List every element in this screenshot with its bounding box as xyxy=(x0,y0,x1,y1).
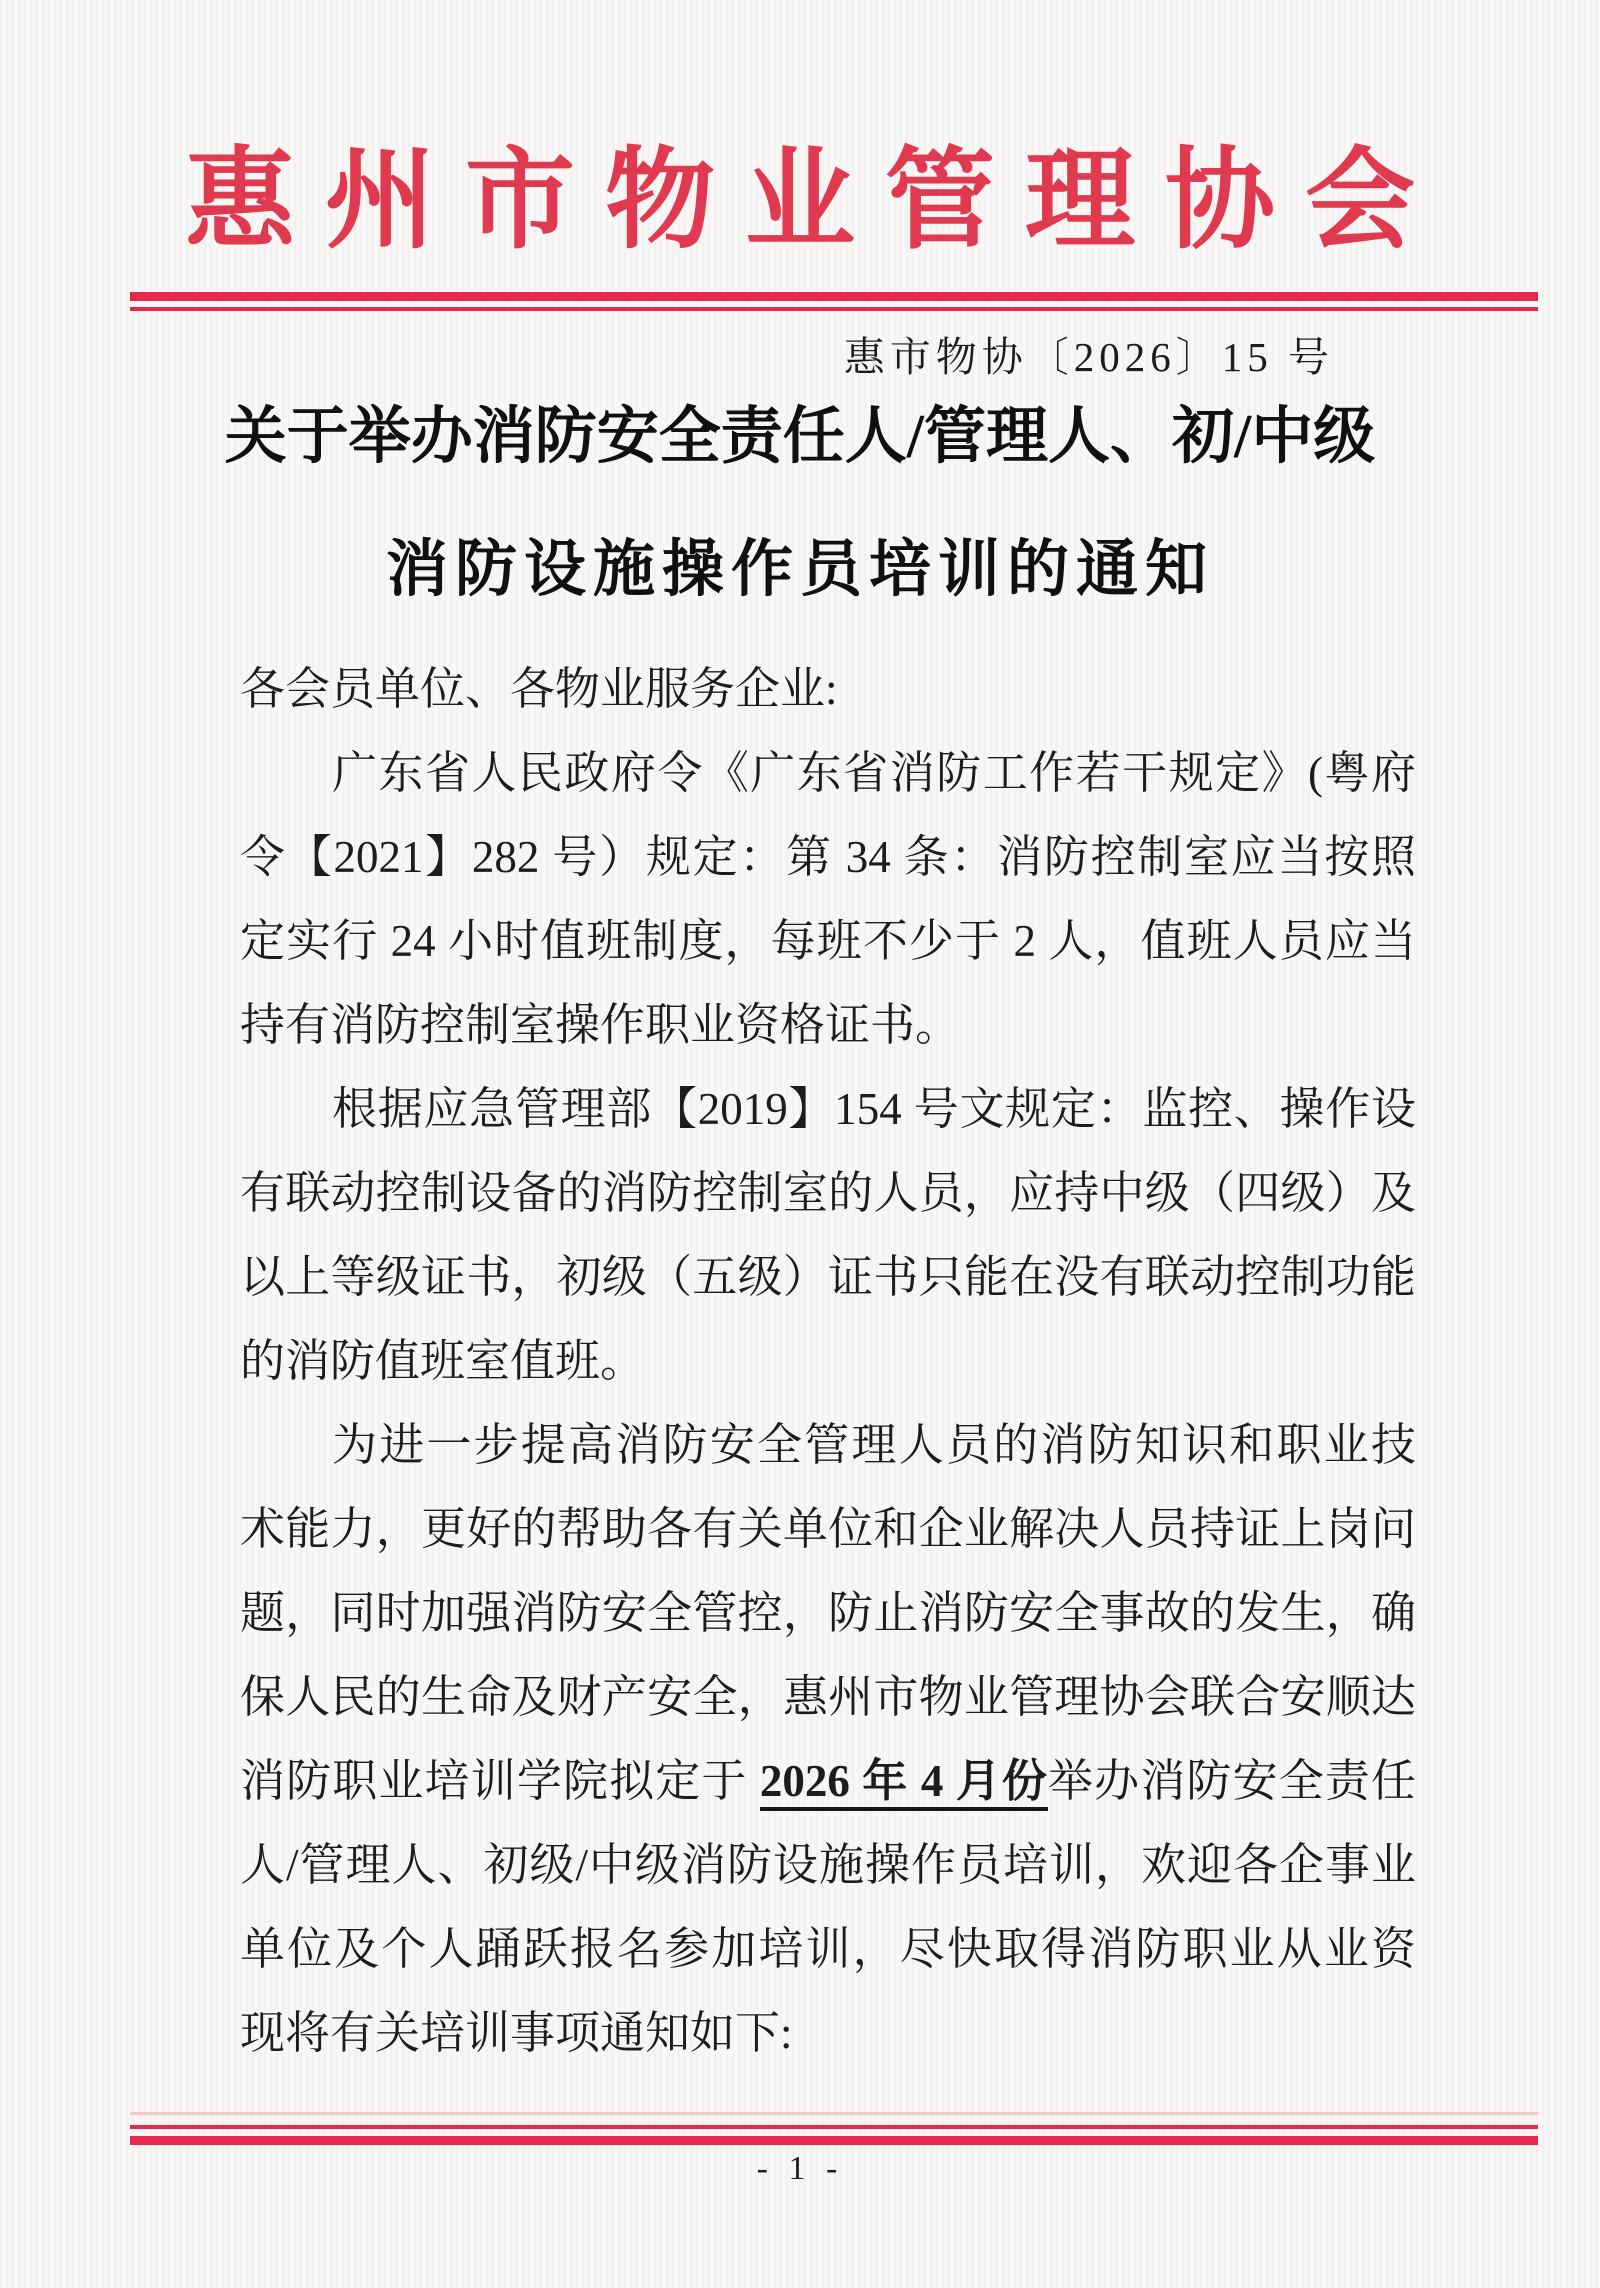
body-line: 广东省人民政府令《广东省消防工作若干规定》(粤府 xyxy=(240,731,1416,815)
body-text-segment: 以上等级证书，初级（五级）证书只能在没有联动控制功能 xyxy=(240,1252,1416,1302)
org-title: 惠州市物业管理协会 xyxy=(0,146,1600,256)
page-number: - 1 - xyxy=(0,2150,1600,2188)
body-line: 为进一步提高消防安全管理人员的消防知识和职业技 xyxy=(240,1403,1416,1487)
body-text-segment: 根据应急管理部【2019】154 号文规定：监控、操作设 xyxy=(332,1084,1416,1134)
doc-number: 惠市物协〔2026〕15 号 xyxy=(844,324,1334,383)
body-text-segment: 为进一步提高消防安全管理人员的消防知识和职业技 xyxy=(332,1420,1416,1470)
body-line: 根据应急管理部【2019】154 号文规定：监控、操作设 xyxy=(240,1067,1416,1151)
body-line: 人/管理人、初级/中级消防设施操作员培训，欢迎各企事业 xyxy=(240,1823,1416,1907)
body-line: 有联动控制设备的消防控制室的人员，应持中级（四级）及 xyxy=(240,1151,1416,1235)
body-line: 定实行 24 小时值班制度，每班不少于 2 人，值班人员应当 xyxy=(240,899,1416,983)
body-text-segment: 持有消防控制室操作职业资格证书。 xyxy=(240,1000,960,1050)
body-line: 的消防值班室值班。 xyxy=(240,1319,1416,1403)
body-text-segment: 单位及个人踊跃报名参加培训，尽快取得消防职业从业资格。 xyxy=(240,1924,1416,1991)
body-line: 术能力，更好的帮助各有关单位和企业解决人员持证上岗问 xyxy=(240,1487,1416,1571)
header-rule-thick xyxy=(130,292,1538,301)
body-text-segment: 保人民的生命及财产安全，惠州市物业管理协会联合安顺达 xyxy=(240,1672,1416,1722)
emphasized-training-date: 2026 年 4 月份 xyxy=(760,1756,1048,1811)
body-line: 消防职业培训学院拟定于 2026 年 4 月份举办消防安全责任 xyxy=(240,1739,1416,1823)
footer-rule-ghost xyxy=(130,2112,1538,2115)
body-line: 各会员单位、各物业服务企业: xyxy=(240,647,1416,731)
body-text-segment: 消防职业培训学院拟定于 xyxy=(240,1756,760,1806)
document-page: 惠州市物业管理协会 惠市物协〔2026〕15 号 关于举办消防安全责任人/管理人… xyxy=(0,0,1600,2288)
footer-rule-thin xyxy=(130,2125,1538,2129)
body-line: 持有消防控制室操作职业资格证书。 xyxy=(240,983,1416,1067)
body-line: 令【2021】282 号）规定：第 34 条：消防控制室应当按照规 xyxy=(240,815,1416,899)
body-text-segment: 各会员单位、各物业服务企业: xyxy=(240,664,838,714)
body-text-segment: 举办消防安全责任 xyxy=(1048,1756,1416,1806)
header-rule-thin xyxy=(130,307,1538,311)
body-text-segment: 有联动控制设备的消防控制室的人员，应持中级（四级）及 xyxy=(240,1168,1416,1218)
body-text-segment: 现将有关培训事项通知如下: xyxy=(240,2008,793,2058)
body-text-segment: 术能力，更好的帮助各有关单位和企业解决人员持证上岗问 xyxy=(240,1504,1416,1554)
body-text-segment: 的消防值班室值班。 xyxy=(240,1336,645,1386)
footer-rule-thick xyxy=(130,2136,1538,2145)
body-text-segment: 题，同时加强消防安全管控，防止消防安全事故的发生，确 xyxy=(240,1588,1416,1638)
notice-title-line-1: 关于举办消防安全责任人/管理人、初/中级 xyxy=(0,406,1600,468)
body-text-segment: 令【2021】282 号）规定：第 34 条：消防控制室应当按照规 xyxy=(240,832,1416,899)
body-text-segment: 人/管理人、初级/中级消防设施操作员培训，欢迎各企事业 xyxy=(240,1840,1416,1890)
body-line: 保人民的生命及财产安全，惠州市物业管理协会联合安顺达 xyxy=(240,1655,1416,1739)
body-text-segment: 广东省人民政府令《广东省消防工作若干规定》(粤府 xyxy=(332,748,1416,798)
body-line: 单位及个人踊跃报名参加培训，尽快取得消防职业从业资格。 xyxy=(240,1907,1416,1991)
notice-title-line-2: 消防设施操作员培训的通知 xyxy=(0,539,1600,601)
body-line: 题，同时加强消防安全管控，防止消防安全事故的发生，确 xyxy=(240,1571,1416,1655)
body-text-segment: 定实行 24 小时值班制度，每班不少于 2 人，值班人员应当 xyxy=(240,916,1416,966)
body-line: 以上等级证书，初级（五级）证书只能在没有联动控制功能 xyxy=(240,1235,1416,1319)
body-line: 现将有关培训事项通知如下: xyxy=(240,1991,1416,2075)
body-text: 各会员单位、各物业服务企业:广东省人民政府令《广东省消防工作若干规定》(粤府令【… xyxy=(240,647,1416,2075)
